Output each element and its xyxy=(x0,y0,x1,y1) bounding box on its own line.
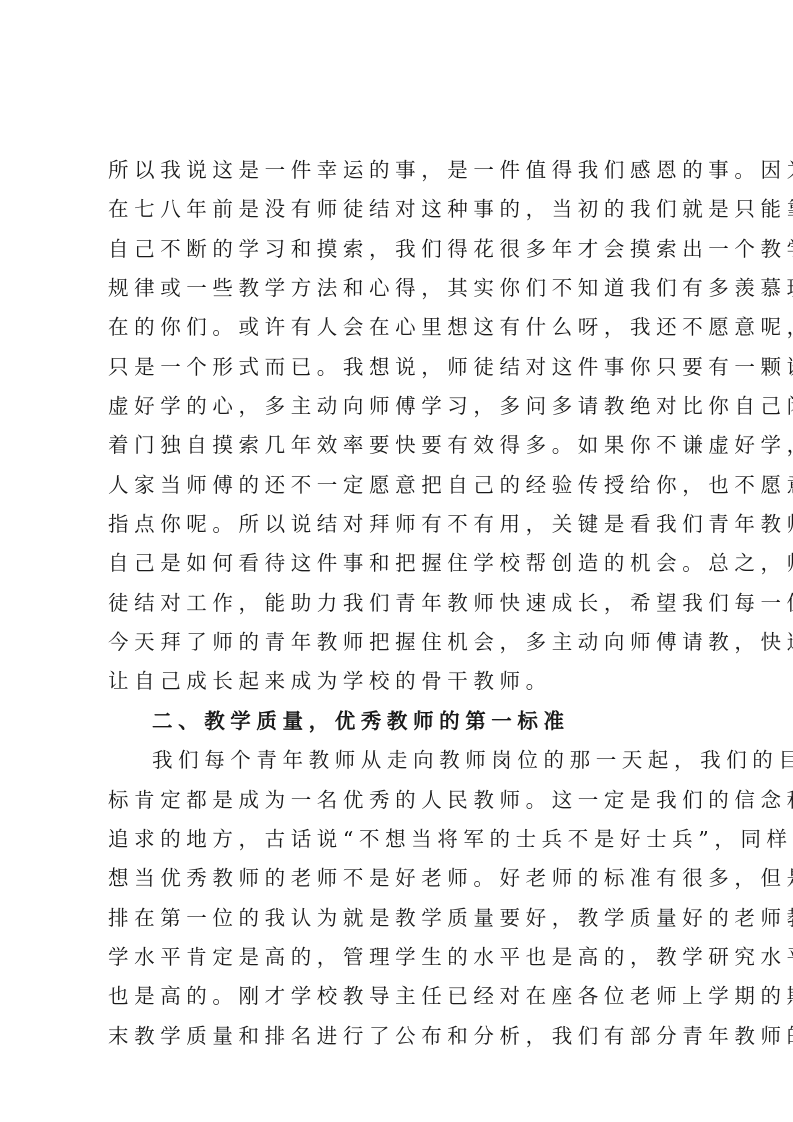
text-line: 末教学质量和排名进行了公布和分析，我们有部分青年教师的 xyxy=(108,1017,688,1056)
text-line: 学水平肯定是高的，管理学生的水平也是高的，教学研究水平 xyxy=(108,938,688,977)
text-line: 规律或一些教学方法和心得，其实你们不知道我们有多羡慕现 xyxy=(108,269,688,308)
text-line: 标肯定都是成为一名优秀的人民教师。这一定是我们的信念和 xyxy=(108,781,688,820)
text-line: 我们每个青年教师从走向教师岗位的那一天起，我们的目 xyxy=(108,741,688,780)
text-line: 想当优秀教师的老师不是好老师。好老师的标准有很多，但是 xyxy=(108,859,688,898)
paragraph-mentorship: 所以我说这是一件幸运的事，是一件值得我们感恩的事。因为 在七八年前是没有师徒结对… xyxy=(108,151,688,702)
text-line: 在七八年前是没有师徒结对这种事的，当初的我们就是只能靠 xyxy=(108,190,688,229)
text-line: 在的你们。或许有人会在心里想这有什么呀，我还不愿意呢， xyxy=(108,308,688,347)
text-line: 自己是如何看待这件事和把握住学校帮创造的机会。总之，师 xyxy=(108,544,688,583)
text-line: 排在第一位的我认为就是教学质量要好，教学质量好的老师教 xyxy=(108,899,688,938)
text-line: 人家当师傅的还不一定愿意把自己的经验传授给你，也不愿意 xyxy=(108,466,688,505)
text-line: 徒结对工作，能助力我们青年教师快速成长，希望我们每一位 xyxy=(108,584,688,623)
text-line: 今天拜了师的青年教师把握住机会，多主动向师傅请教，快速 xyxy=(108,623,688,662)
document-page: 所以我说这是一件幸运的事，是一件值得我们感恩的事。因为 在七八年前是没有师徒结对… xyxy=(0,0,793,1122)
text-line: 只是一个形式而已。我想说，师徒结对这件事你只要有一颗谦 xyxy=(108,348,688,387)
section-heading: 二、教学质量，优秀教师的第一标准 xyxy=(108,702,688,741)
text-line: 所以我说这是一件幸运的事，是一件值得我们感恩的事。因为 xyxy=(108,151,688,190)
paragraph-teaching-quality: 我们每个青年教师从走向教师岗位的那一天起，我们的目 标肯定都是成为一名优秀的人民… xyxy=(108,741,688,1056)
text-line: 指点你呢。所以说结对拜师有不有用，关键是看我们青年教师 xyxy=(108,505,688,544)
document-body: 所以我说这是一件幸运的事，是一件值得我们感恩的事。因为 在七八年前是没有师徒结对… xyxy=(108,151,688,1056)
text-line: 也是高的。刚才学校教导主任已经对在座各位老师上学期的期 xyxy=(108,977,688,1016)
text-line: 虚好学的心，多主动向师傅学习，多问多请教绝对比你自己闭 xyxy=(108,387,688,426)
text-line: 着门独自摸索几年效率要快要有效得多。如果你不谦虚好学， xyxy=(108,426,688,465)
text-line: 让自己成长起来成为学校的骨干教师。 xyxy=(108,662,688,701)
text-line: 追求的地方，古话说“不想当将军的士兵不是好士兵”，同样不 xyxy=(108,820,688,859)
text-line: 自己不断的学习和摸索，我们得花很多年才会摸索出一个教学 xyxy=(108,230,688,269)
